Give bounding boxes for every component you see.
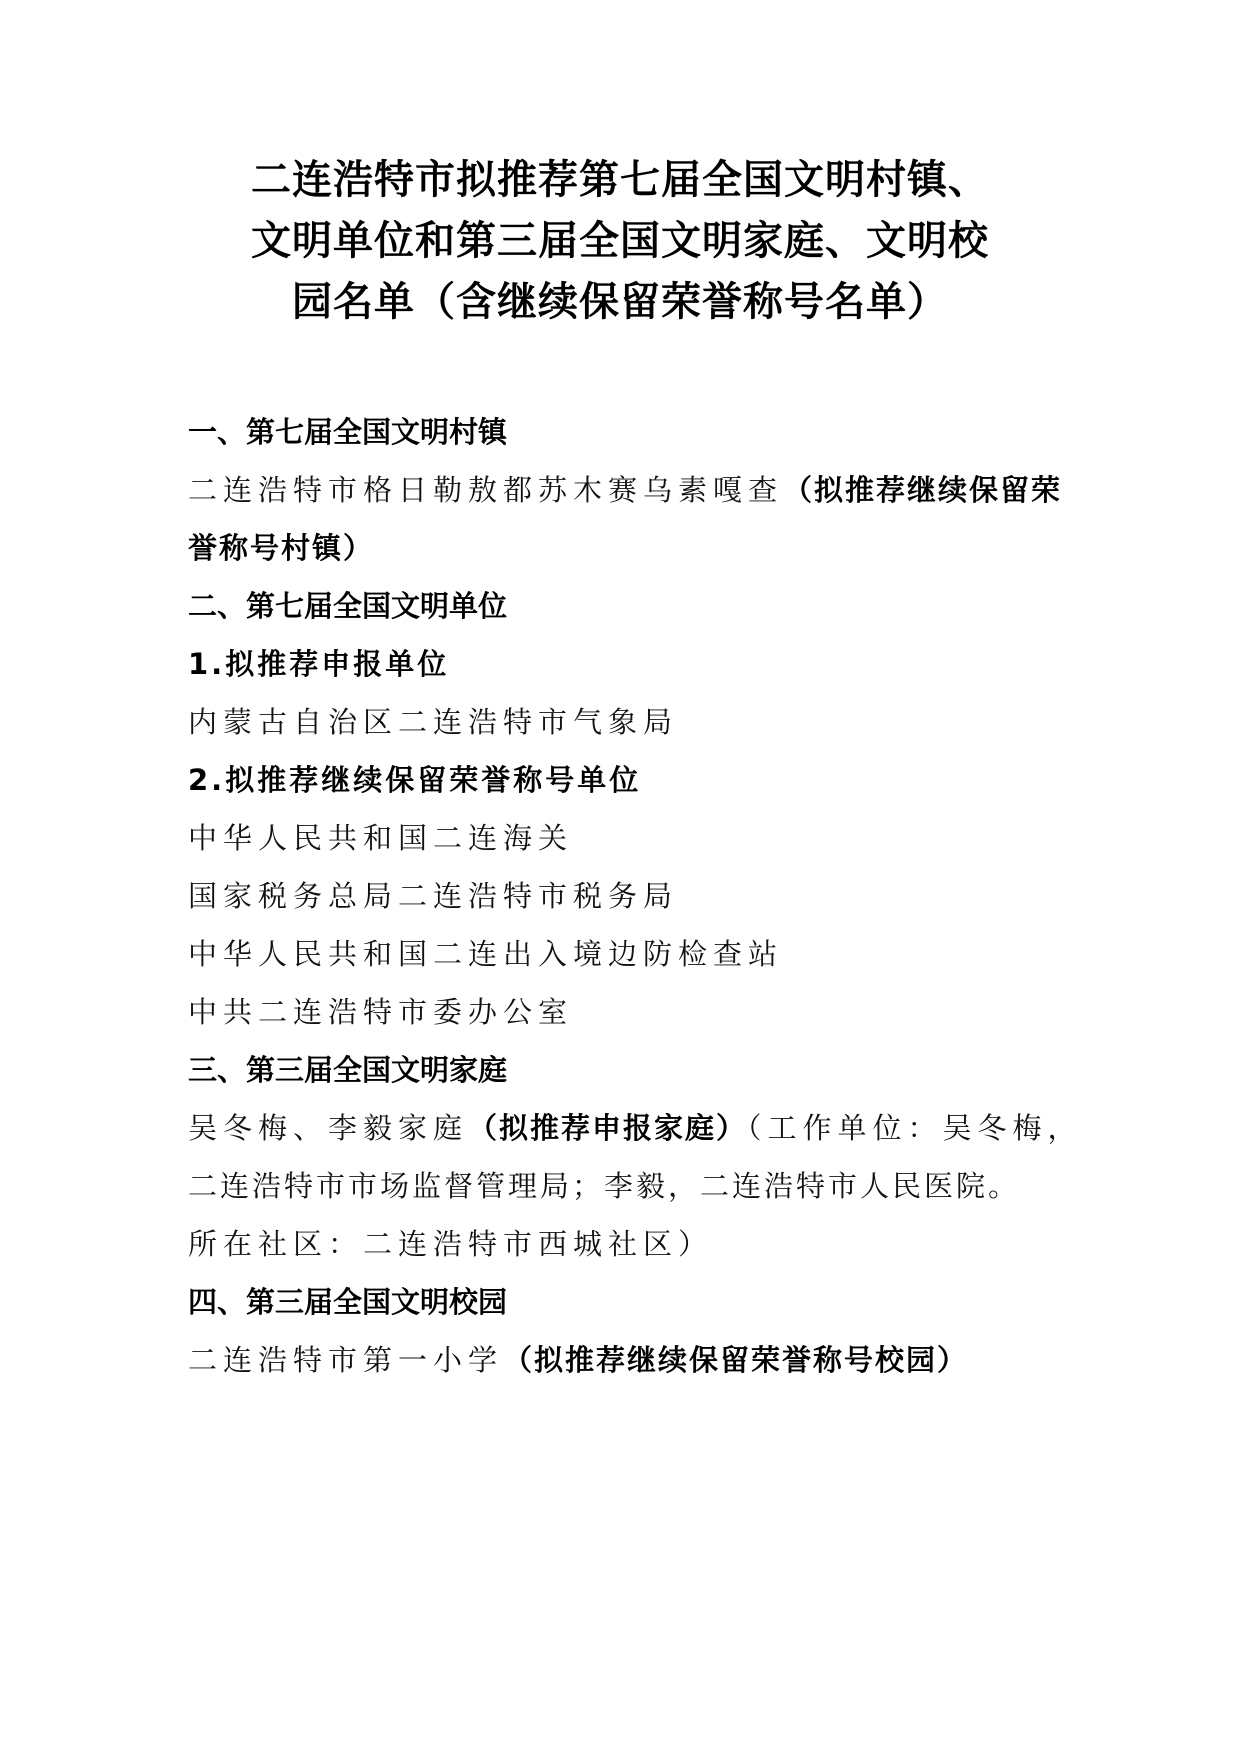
unit-list-item: 中华人民共和国二连出入境边防检查站 bbox=[188, 925, 1068, 983]
family-entry-detail-2: 二连浩特市市场监督管理局；李毅，二连浩特市人民医院。 bbox=[188, 1157, 1068, 1215]
unit-list-item: 国家税务总局二连浩特市税务局 bbox=[188, 867, 1068, 925]
section-heading-campus: 四、第三届全国文明校园 bbox=[188, 1273, 1068, 1331]
family-entry-detail: （工作单位：吴冬梅， bbox=[747, 1111, 1083, 1145]
title-line-2: 文明单位和第三届全国文明家庭、文明校 bbox=[180, 211, 1060, 272]
section-heading-village: 一、第七届全国文明村镇 bbox=[188, 403, 1068, 461]
family-entry-detail-3: 所在社区：二连浩特市西城社区） bbox=[188, 1215, 1068, 1273]
campus-entry-name: 二连浩特市第一小学 bbox=[188, 1343, 503, 1377]
document-body: 一、第七届全国文明村镇 二连浩特市格日勒敖都苏木赛乌素嘎查（拟推荐继续保留荣 誉… bbox=[188, 403, 1068, 1389]
document-title: 二连浩特市拟推荐第七届全国文明村镇、 文明单位和第三届全国文明家庭、文明校 园名… bbox=[180, 150, 1060, 333]
section-heading-unit: 二、第七届全国文明单位 bbox=[188, 577, 1068, 635]
village-entry-note-continued: 誉称号村镇） bbox=[188, 531, 374, 565]
campus-entry-note: （拟推荐继续保留荣誉称号校园） bbox=[503, 1343, 968, 1377]
village-entry: 二连浩特市格日勒敖都苏木赛乌素嘎查（拟推荐继续保留荣 bbox=[188, 461, 1068, 519]
village-entry-continued: 誉称号村镇） bbox=[188, 519, 1068, 577]
campus-entry: 二连浩特市第一小学（拟推荐继续保留荣誉称号校园） bbox=[188, 1331, 1068, 1389]
unit-subheading-1: 1.拟推荐申报单位 bbox=[188, 635, 1068, 693]
unit-list-item: 中华人民共和国二连海关 bbox=[188, 809, 1068, 867]
title-line-3: 园名单（含继续保留荣誉称号名单） bbox=[180, 272, 1060, 333]
unit-list-item: 中共二连浩特市委办公室 bbox=[188, 983, 1068, 1041]
village-entry-name: 二连浩特市格日勒敖都苏木赛乌素嘎查 bbox=[188, 473, 783, 507]
family-entry-name: 吴冬梅、李毅家庭 bbox=[188, 1111, 468, 1145]
title-line-1: 二连浩特市拟推荐第七届全国文明村镇、 bbox=[180, 150, 1060, 211]
village-entry-note: （拟推荐继续保留荣 bbox=[783, 473, 1062, 507]
document-page: 二连浩特市拟推荐第七届全国文明村镇、 文明单位和第三届全国文明家庭、文明校 园名… bbox=[0, 0, 1241, 1754]
unit-subheading-2: 2.拟推荐继续保留荣誉称号单位 bbox=[188, 751, 1068, 809]
family-entry-note: （拟推荐申报家庭） bbox=[468, 1111, 747, 1145]
section-heading-family: 三、第三届全国文明家庭 bbox=[188, 1041, 1068, 1099]
unit-list-item: 内蒙古自治区二连浩特市气象局 bbox=[188, 693, 1068, 751]
family-entry: 吴冬梅、李毅家庭（拟推荐申报家庭）（工作单位：吴冬梅， bbox=[188, 1099, 1068, 1157]
